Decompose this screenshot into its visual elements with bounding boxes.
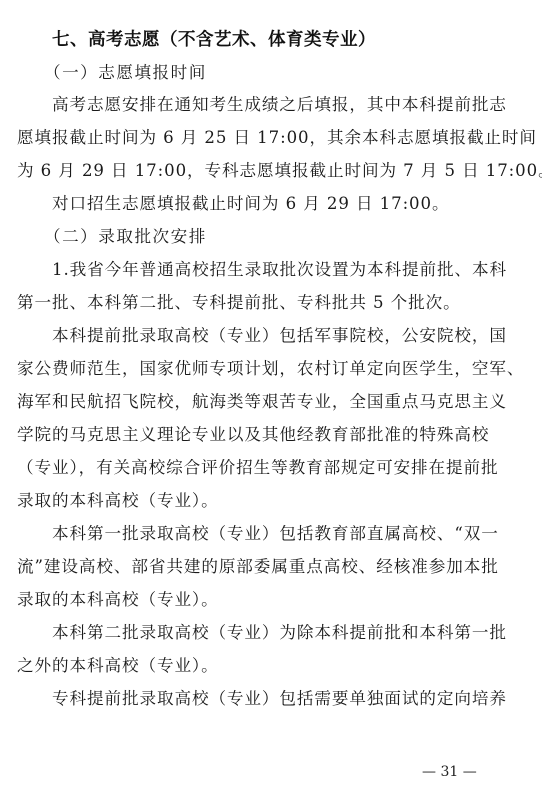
paragraph-line: 之外的本科高校（专业）。 [17,655,525,677]
paragraph-line: 1.我省今年普通高校招生录取批次设置为本科提前批、本科 [52,259,525,281]
section-title: 七、高考志愿（不含艺术、体育类专业） [52,28,376,52]
paragraph-line: 高考志愿安排在通知考生成绩之后填报，其中本科提前批志 [52,94,525,116]
paragraph-line: 第一批、本科第二批、专科提前批、专科批共 5 个批次。 [17,292,525,314]
paragraph-line: （专业），有关高校综合评价招生等教育部规定可安排在提前批 [17,457,525,479]
paragraph-line: 愿填报截止时间为 6 月 25 日 17:00，其余本科志愿填报截止时间 [17,127,525,149]
subsection-title-1: （一）志愿填报时间 [44,62,207,84]
paragraph-line: 家公费师范生，国家优师专项计划，农村订单定向医学生，空军、 [17,358,525,380]
paragraph-line: 为 6 月 29 日 17:00，专科志愿填报截止时间为 7 月 5 日 17:… [17,160,525,182]
paragraph-line: 录取的本科高校（专业）。 [17,490,525,512]
paragraph-line: 本科第二批录取高校（专业）为除本科提前批和本科第一批 [52,622,525,644]
paragraph-line: 海军和民航招飞院校，航海类等艰苦专业，全国重点马克思主义 [17,391,525,413]
paragraph-line: 录取的本科高校（专业）。 [17,589,525,611]
paragraph-line: 学院的马克思主义理论专业以及其他经教育部批准的特殊高校 [17,424,525,446]
paragraph-line: 对口招生志愿填报截止时间为 6 月 29 日 17:00。 [52,193,525,215]
subsection-title-2: （二）录取批次安排 [44,226,207,248]
paragraph-line: 专科提前批录取高校（专业）包括需要单独面试的定向培养 [52,688,525,710]
paragraph-line: 流”建设高校、部省共建的原部委属重点高校、经核准参加本批 [17,556,525,578]
paragraph-line: 本科第一批录取高校（专业）包括教育部直属高校、“双一 [52,523,525,545]
document-page: 七、高考志愿（不含艺术、体育类专业） （一）志愿填报时间 高考志愿安排在通知考生… [0,0,542,787]
paragraph-line: 本科提前批录取高校（专业）包括军事院校，公安院校，国 [52,325,525,347]
page-number: — 31 — [422,763,477,781]
